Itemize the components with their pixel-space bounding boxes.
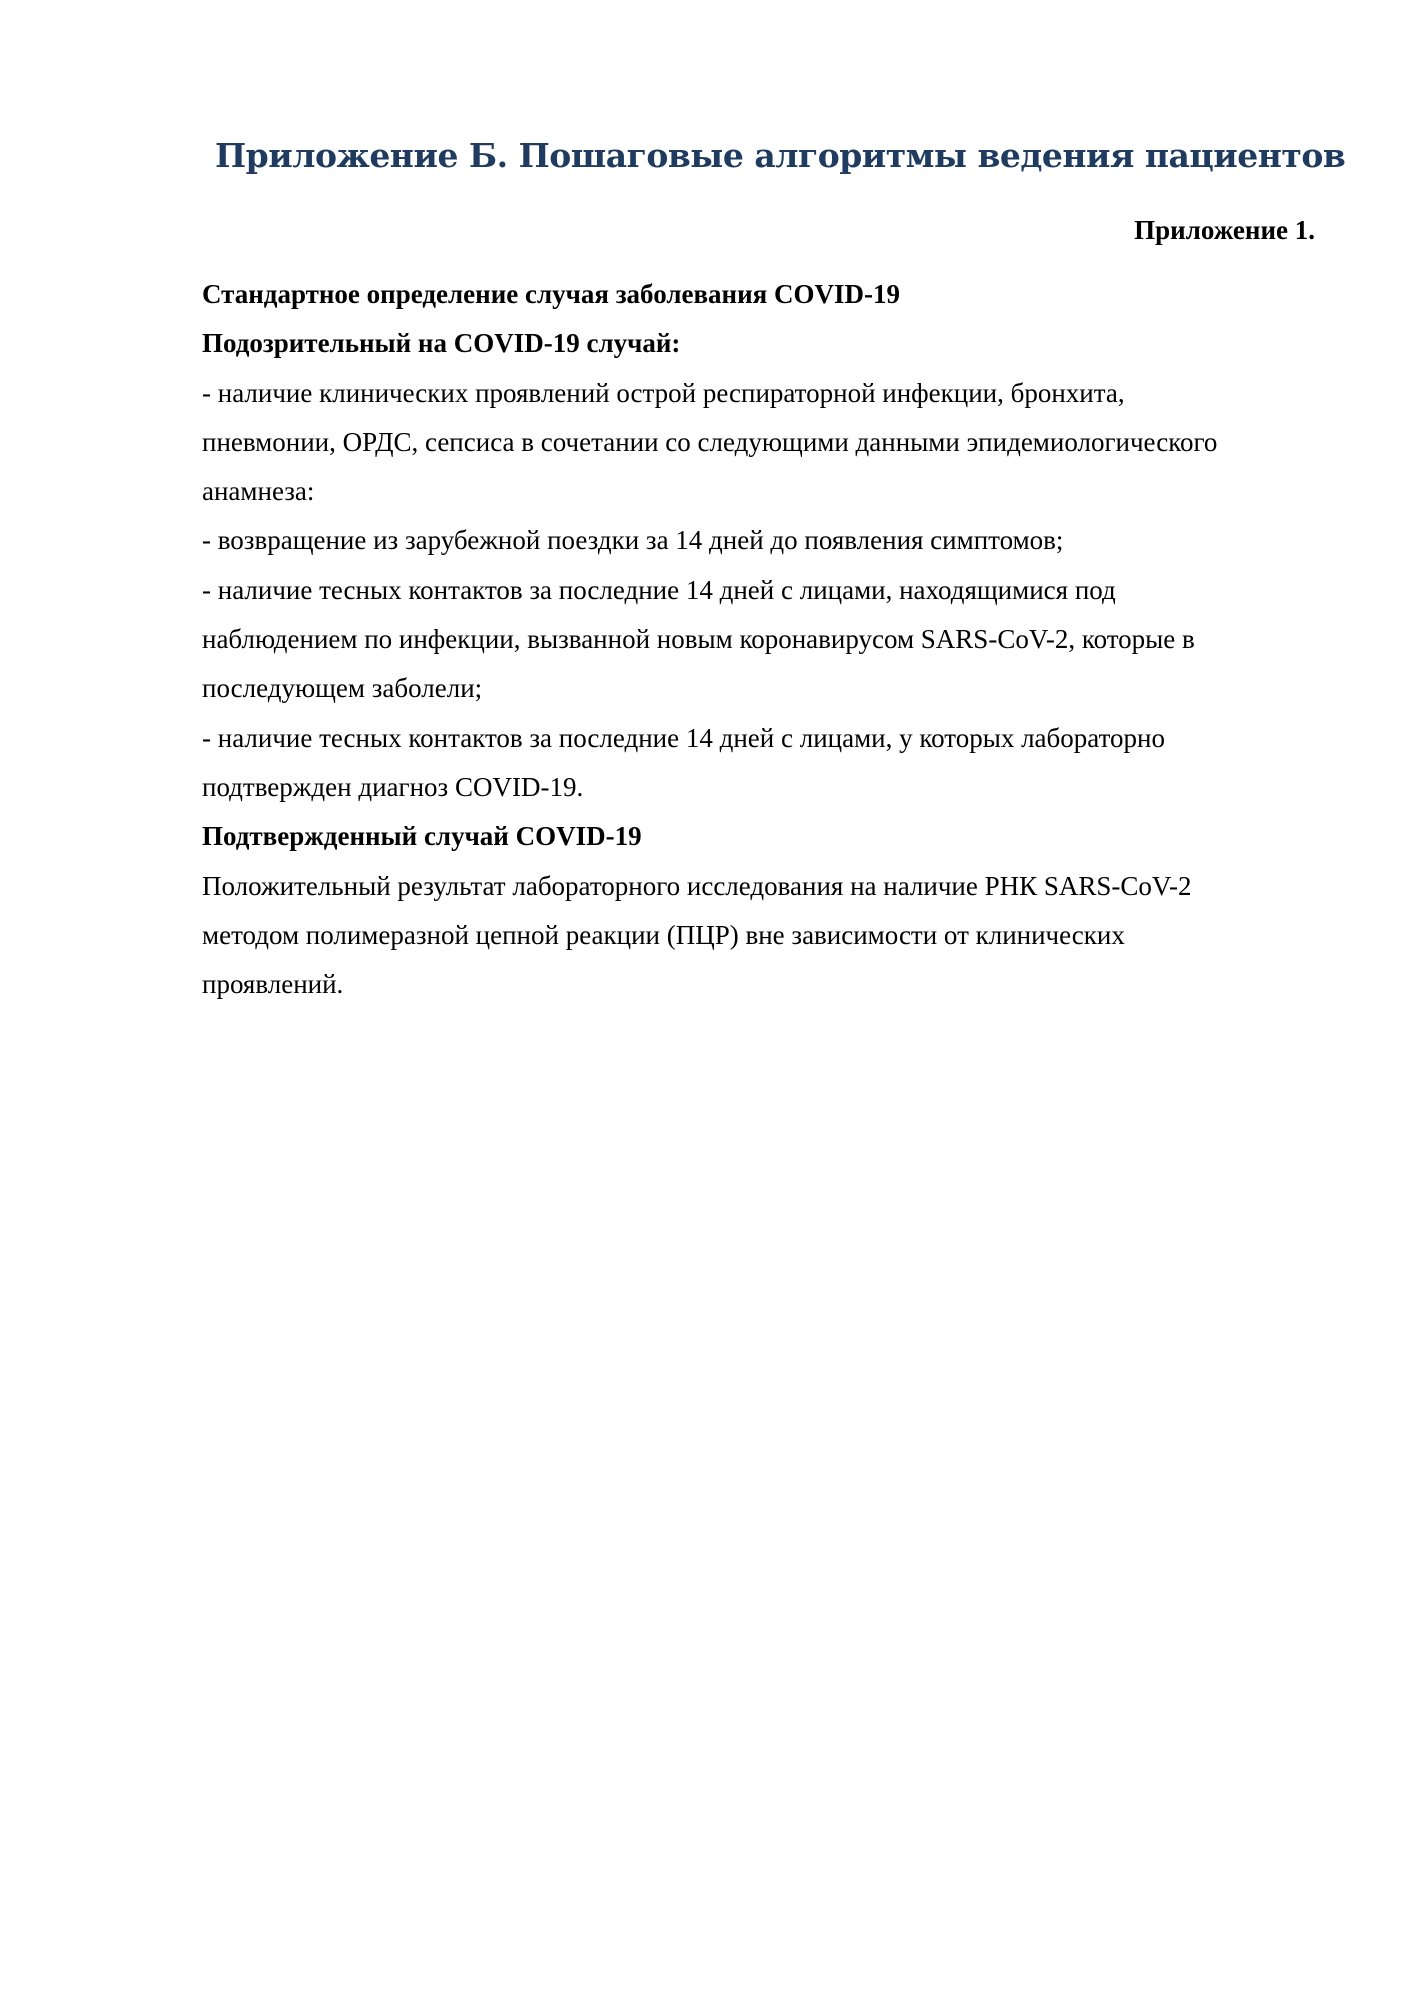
suspected-line: последующем заболели; — [202, 664, 1322, 713]
suspected-line: - возвращение из зарубежной поездки за 1… — [202, 516, 1322, 565]
document-page: Приложение Б. Пошаговые алгоритмы ведени… — [0, 0, 1413, 2000]
suspected-case-heading: Подозрительный на COVID-19 случай: — [202, 319, 1322, 368]
document-body: Стандартное определение случая заболеван… — [202, 270, 1322, 1009]
confirmed-line: Положительный результат лабораторного ис… — [202, 862, 1322, 911]
suspected-line: анамнеза: — [202, 467, 1322, 516]
suspected-line: - наличие тесных контактов за последние … — [202, 714, 1322, 763]
page-title: Приложение Б. Пошаговые алгоритмы ведени… — [0, 132, 1413, 180]
suspected-line: наблюдением по инфекции, вызванной новым… — [202, 615, 1322, 664]
appendix-number: Приложение 1. — [1134, 212, 1315, 248]
suspected-line: пневмонии, ОРДС, сепсиса в сочетании со … — [202, 418, 1322, 467]
standard-definition-heading: Стандартное определение случая заболеван… — [202, 270, 1322, 319]
confirmed-line: методом полимеразной цепной реакции (ПЦР… — [202, 911, 1322, 960]
suspected-line: - наличие тесных контактов за последние … — [202, 566, 1322, 615]
suspected-line: - наличие клинических проявлений острой … — [202, 369, 1322, 418]
confirmed-line: проявлений. — [202, 960, 1322, 1009]
suspected-line: подтвержден диагноз COVID-19. — [202, 763, 1322, 812]
confirmed-case-heading: Подтвержденный случай COVID-19 — [202, 812, 1322, 861]
